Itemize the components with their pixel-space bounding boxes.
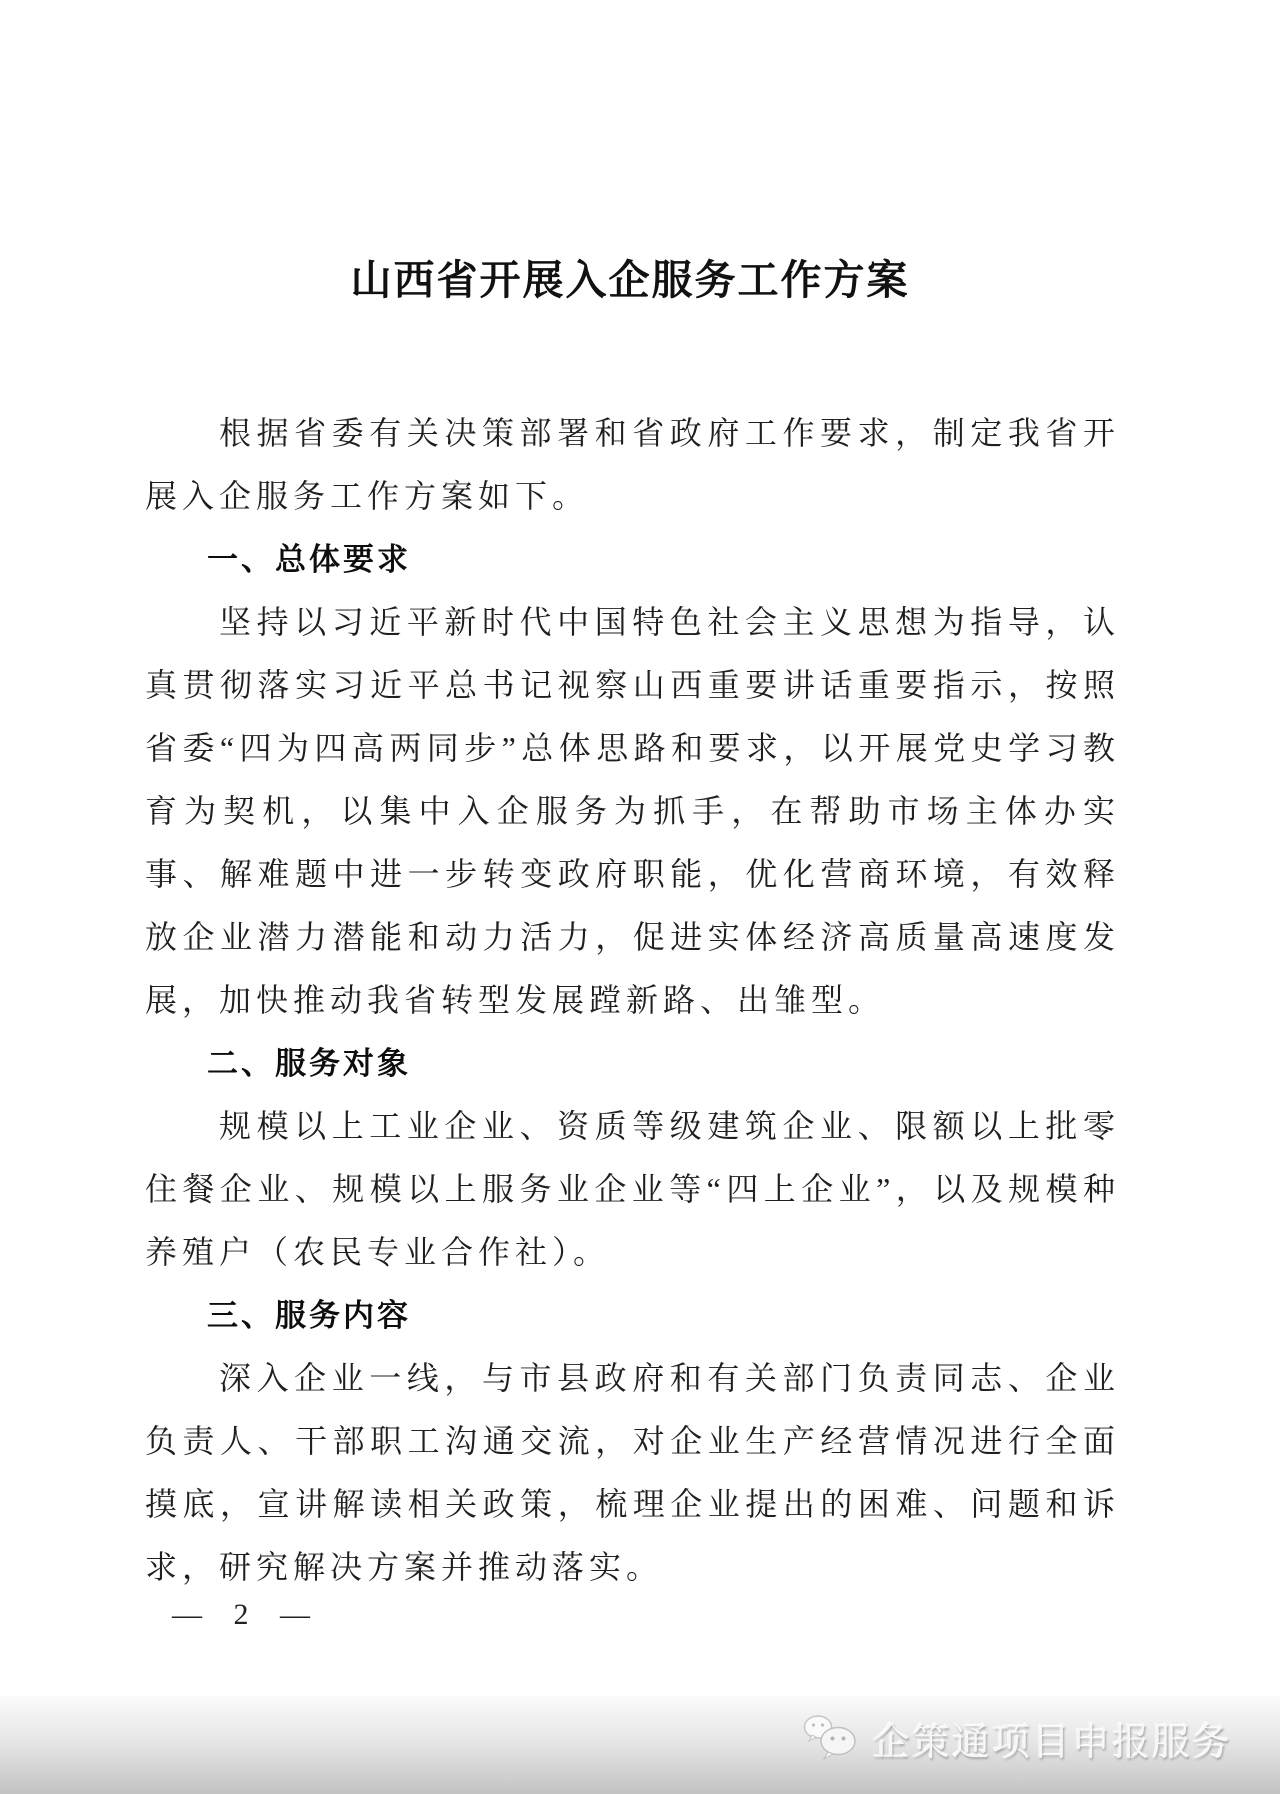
paragraph-overall-requirements: 坚持以习近平新时代中国特色社会主义思想为指导，认真贯彻落实习近平总书记视察山西重… [145, 591, 1120, 1032]
paragraph-intro: 根据省委有关决策部署和省政府工作要求，制定我省开展入企服务工作方案如下。 [145, 402, 1120, 528]
paragraph-service-targets: 规模以上工业企业、资质等级建筑企业、限额以上批零住餐企业、规模以上服务业企业等“… [145, 1095, 1120, 1284]
section-heading-overall-requirements: 一、总体要求 [145, 528, 1120, 591]
page-number: — 2 — [172, 1598, 312, 1632]
section-heading-service-content: 三、服务内容 [145, 1284, 1120, 1347]
document-body: 根据省委有关决策部署和省政府工作要求，制定我省开展入企服务工作方案如下。 一、总… [145, 402, 1120, 1599]
document-title: 山西省开展入企服务工作方案 [145, 247, 1115, 306]
footer-watermark-bar: 企策通项目申报服务 [0, 1696, 1280, 1794]
paragraph-service-content: 深入企业一线，与市县政府和有关部门负责同志、企业负责人、干部职工沟通交流，对企业… [145, 1347, 1120, 1599]
wechat-icon [802, 1714, 860, 1762]
section-heading-service-targets: 二、服务对象 [145, 1032, 1120, 1095]
document-page: 山西省开展入企服务工作方案 根据省委有关决策部署和省政府工作要求，制定我省开展入… [0, 0, 1280, 1794]
watermark-text: 企策通项目申报服务 [872, 1711, 1232, 1766]
